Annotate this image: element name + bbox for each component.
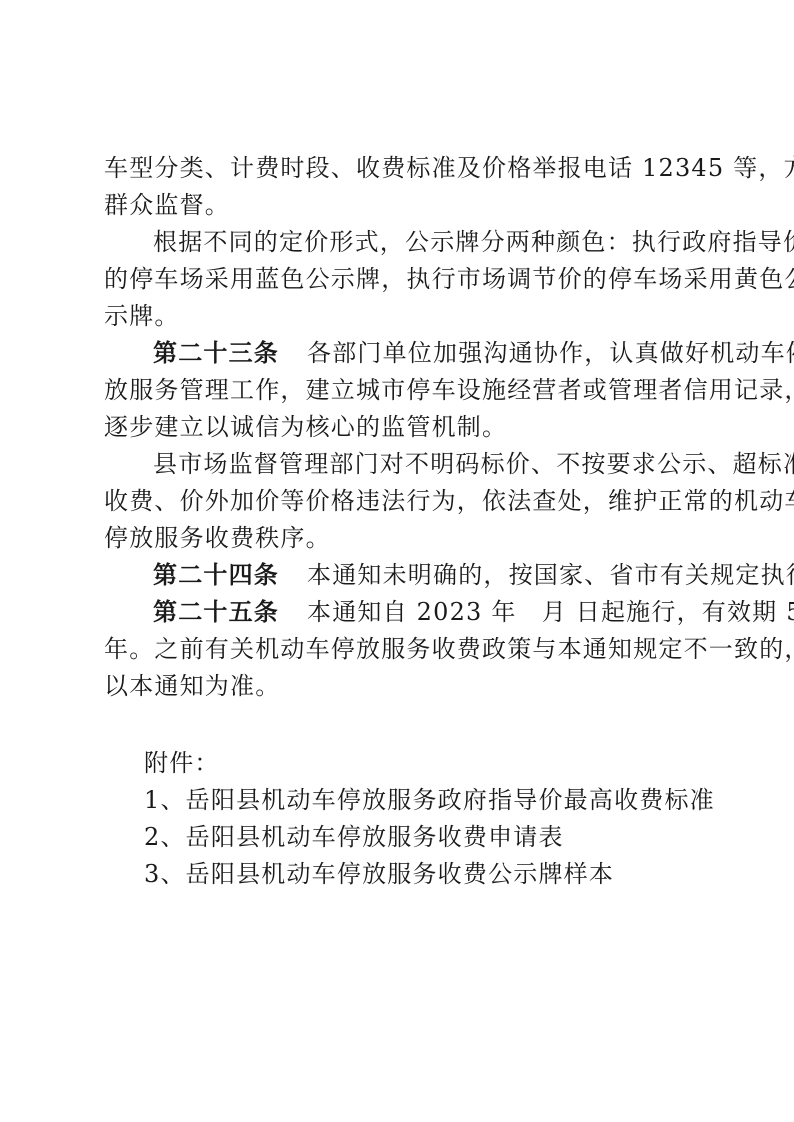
document-page: 车型分类、计费时段、收费标准及价格举报电话 12345 等，方便 群众监督。 根… <box>104 150 694 893</box>
text-line: 第二十三条各部门单位加强沟通协作，认真做好机动车停 <box>104 335 694 372</box>
attachment-item: 1、岳阳县机动车停放服务政府指导价最高收费标准 <box>104 782 694 819</box>
text-line: 以本通知为准。 <box>104 668 694 705</box>
text-line: 示牌。 <box>104 298 694 335</box>
text-line: 县市场监督管理部门对不明码标价、不按要求公示、超标准 <box>104 446 694 483</box>
text-line: 逐步建立以诚信为核心的监管机制。 <box>104 409 694 446</box>
article-text: 本通知自 2023 年 月 日起施行，有效期 5 <box>307 598 794 626</box>
article-heading: 第二十三条 <box>153 339 279 367</box>
article-text: 各部门单位加强沟通协作，认真做好机动车停 <box>307 339 794 367</box>
text-line: 停放服务收费秩序。 <box>104 520 694 557</box>
paragraph-sign-colors: 根据不同的定价形式，公示牌分两种颜色：执行政府指导价 的停车场采用蓝色公示牌，执… <box>104 224 694 335</box>
text-line: 的停车场采用蓝色公示牌，执行市场调节价的停车场采用黄色公 <box>104 261 694 298</box>
text-line: 第二十五条本通知自 2023 年 月 日起施行，有效期 5 <box>104 594 694 631</box>
text-line: 年。之前有关机动车停放服务收费政策与本通知规定不一致的， <box>104 631 694 668</box>
article-heading: 第二十五条 <box>153 598 279 626</box>
text-line: 群众监督。 <box>104 187 694 224</box>
attachments-label: 附件： <box>104 745 694 782</box>
attachments-section: 附件： 1、岳阳县机动车停放服务政府指导价最高收费标准 2、岳阳县机动车停放服务… <box>104 745 694 893</box>
article-25: 第二十五条本通知自 2023 年 月 日起施行，有效期 5 年。之前有关机动车停… <box>104 594 694 705</box>
spacer <box>104 705 694 745</box>
text-line: 收费、价外加价等价格违法行为，依法查处，维护正常的机动车 <box>104 483 694 520</box>
article-24: 第二十四条本通知未明确的，按国家、省市有关规定执行。 <box>104 557 694 594</box>
text-line: 根据不同的定价形式，公示牌分两种颜色：执行政府指导价 <box>104 224 694 261</box>
text-line: 第二十四条本通知未明确的，按国家、省市有关规定执行。 <box>104 557 694 594</box>
attachment-item: 3、岳阳县机动车停放服务收费公示牌样本 <box>104 856 694 893</box>
article-text: 本通知未明确的，按国家、省市有关规定执行。 <box>307 561 794 589</box>
article-23: 第二十三条各部门单位加强沟通协作，认真做好机动车停 放服务管理工作，建立城市停车… <box>104 335 694 446</box>
paragraph-market-supervision: 县市场监督管理部门对不明码标价、不按要求公示、超标准 收费、价外加价等价格违法行… <box>104 446 694 557</box>
article-heading: 第二十四条 <box>153 561 279 589</box>
text-line: 车型分类、计费时段、收费标准及价格举报电话 12345 等，方便 <box>104 150 694 187</box>
text-line: 放服务管理工作，建立城市停车设施经营者或管理者信用记录， <box>104 372 694 409</box>
paragraph-publicity-content: 车型分类、计费时段、收费标准及价格举报电话 12345 等，方便 群众监督。 <box>104 150 694 224</box>
attachment-item: 2、岳阳县机动车停放服务收费申请表 <box>104 819 694 856</box>
